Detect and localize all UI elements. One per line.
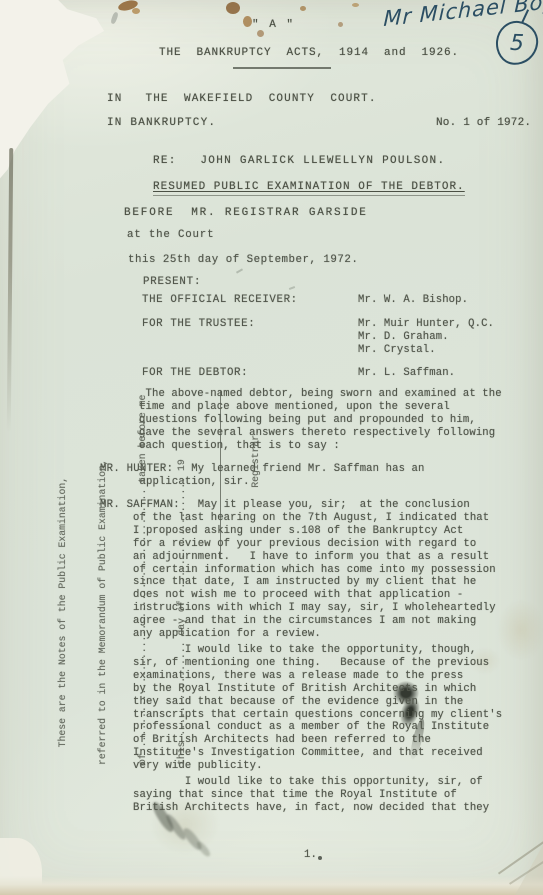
title-underline-rule xyxy=(233,67,331,69)
registrar-label: Registrar. xyxy=(249,383,262,765)
name-trustee-1: Mr. Muir Hunter, Q.C. xyxy=(358,318,494,330)
saffman-paragraph-3: I would like to take this opportunity, s… xyxy=(133,776,538,815)
name-trustee-3: Mr. Crystal. xyxy=(358,344,436,356)
exhibit-mark: " A " xyxy=(252,19,295,32)
margin-certification-block: These are the Notes of the Public Examin… xyxy=(30,383,118,765)
margin-line-4: this ................ day of ...........… xyxy=(175,383,188,765)
court-line: IN THE WAKEFIELD COUNTY COURT. xyxy=(107,93,377,106)
acts-title: THE BANKRUPTCY ACTS, 1914 and 1926. xyxy=(159,47,459,60)
registrar-signature-rule xyxy=(220,391,222,559)
typewritten-text-layer: " A " THE BANKRUPTCY ACTS, 1914 and 1926… xyxy=(0,0,543,895)
margin-line-1: These are the Notes of the Public Examin… xyxy=(56,383,69,765)
date-line: this 25th day of September, 1972. xyxy=(128,254,358,267)
examination-title: RESUMED PUBLIC EXAMINATION OF THE DEBTOR… xyxy=(153,181,465,196)
re-line: RE: JOHN GARLICK LLEWELLYN POULSON. xyxy=(153,155,445,168)
name-debtor-counsel: Mr. L. Saffman. xyxy=(358,367,455,379)
before-line: BEFORE MR. REGISTRAR GARSIDE xyxy=(124,207,368,220)
scanned-court-transcript-page: Mr Michael Boys 5 " A " THE BANKRUPTCY A… xyxy=(0,0,543,895)
name-official-receiver: Mr. W. A. Bishop. xyxy=(358,294,468,306)
bankruptcy-line: IN BANKRUPTCY. xyxy=(107,117,216,130)
page-number: 1. xyxy=(304,849,317,862)
location-line: at the Court xyxy=(127,229,214,242)
margin-line-3: of .....................................… xyxy=(136,383,149,765)
role-debtor: FOR THE DEBTOR: xyxy=(142,367,248,380)
case-number: No. 1 of 1972. xyxy=(436,117,531,130)
role-trustee: FOR THE TRUSTEE: xyxy=(142,318,255,331)
margin-line-2: referred to in the Memorandum of Public … xyxy=(96,383,109,765)
name-trustee-2: Mr. D. Graham. xyxy=(358,331,449,343)
present-heading: PRESENT: xyxy=(143,276,201,289)
role-official-receiver: THE OFFICIAL RECEIVER: xyxy=(142,294,298,307)
